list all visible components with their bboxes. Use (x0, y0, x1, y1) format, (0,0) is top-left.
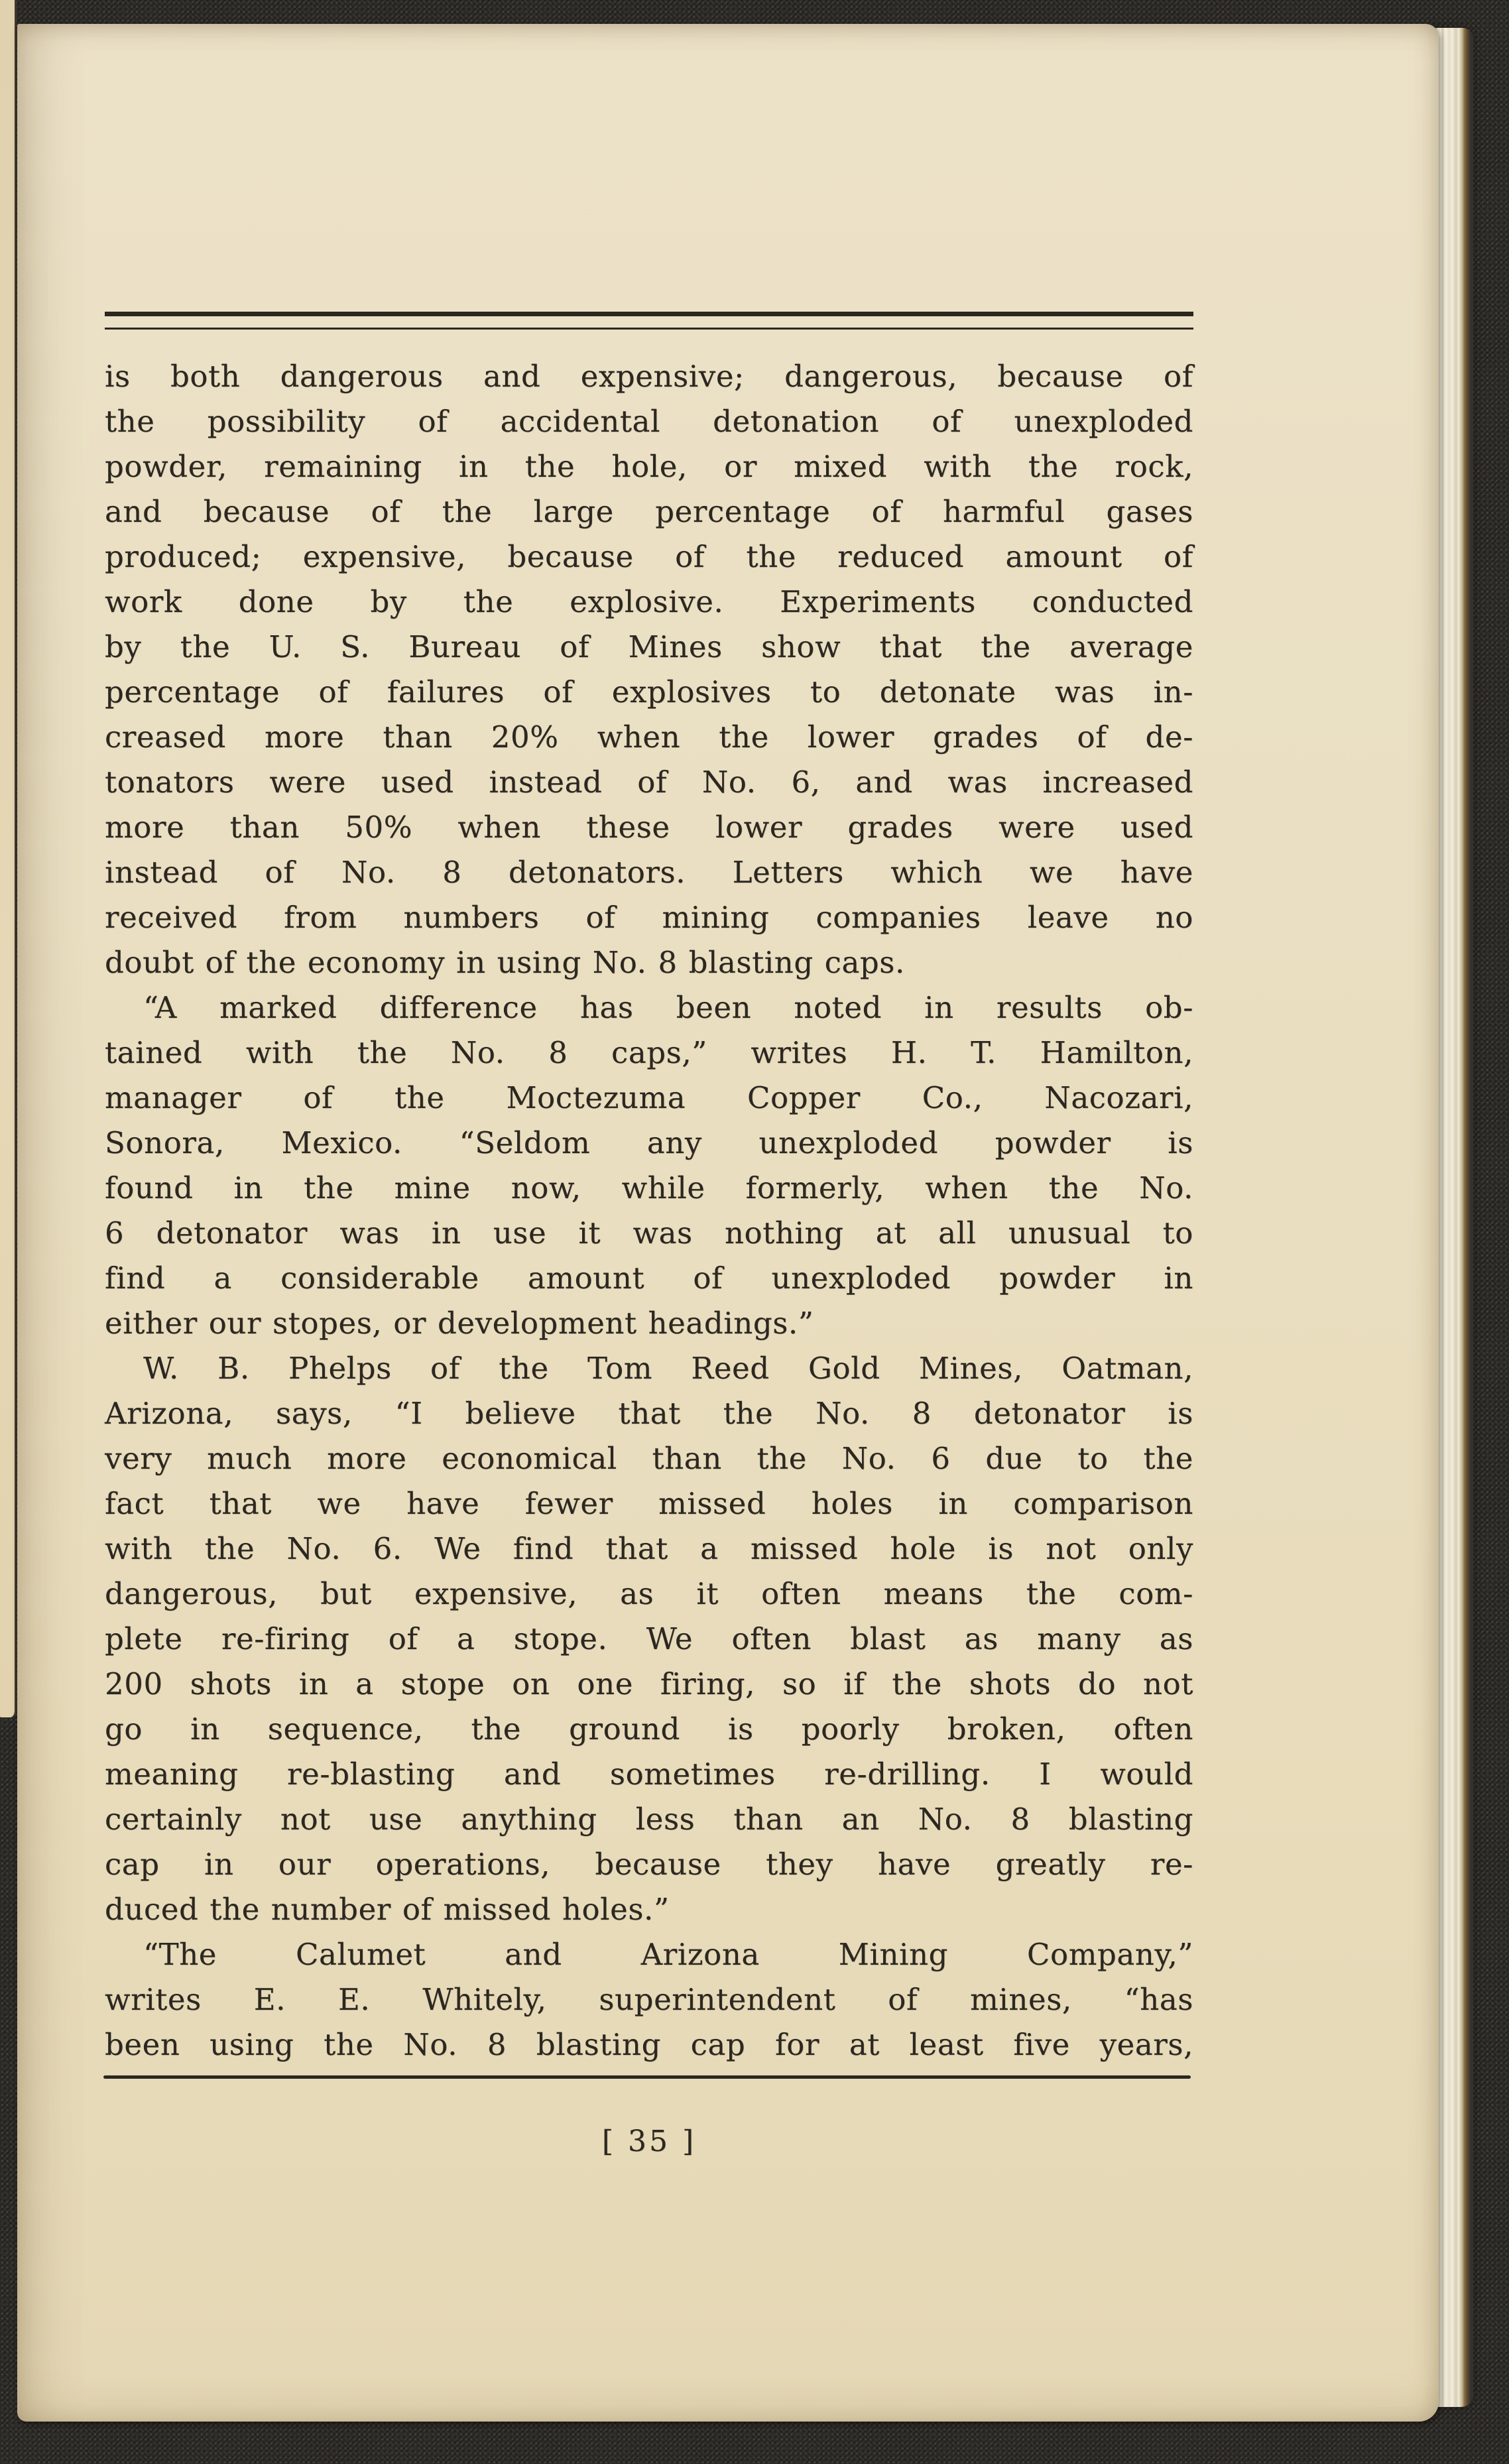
text-line: very much more economical than the No. 6… (105, 1436, 1193, 1481)
book-page: is both dangerous and expensive; dangero… (17, 24, 1439, 2422)
text-line: by the U. S. Bureau of Mines show that t… (105, 625, 1193, 670)
text-line: instead of No. 8 detonators. Letters whi… (105, 850, 1193, 895)
page-number: [ 35 ] (105, 2125, 1193, 2158)
text-line: writes E. E. Whitely, superintendent of … (105, 1977, 1193, 2022)
text-line: “A marked difference has been noted in r… (105, 985, 1193, 1030)
text-line: meaning re-blasting and sometimes re-dri… (105, 1752, 1193, 1797)
text-line: tonators were used instead of No. 6, and… (105, 760, 1193, 805)
text-line: percentage of failures of explosives to … (105, 670, 1193, 715)
text-line: is both dangerous and expensive; dangero… (105, 354, 1193, 399)
text-line: 6 detonator was in use it was nothing at… (105, 1211, 1193, 1256)
text-line: creased more than 20% when the lower gra… (105, 715, 1193, 760)
text-line: work done by the explosive. Experiments … (105, 580, 1193, 625)
text-line: fact that we have fewer missed holes in … (105, 1481, 1193, 1526)
text-line: go in sequence, the ground is poorly bro… (105, 1707, 1193, 1752)
text-line: certainly not use anything less than an … (105, 1797, 1193, 1842)
text-line: plete re-firing of a stope. We often bla… (105, 1617, 1193, 1662)
text-line: with the No. 6. We find that a missed ho… (105, 1526, 1193, 1571)
text-line: either our stopes, or development headin… (105, 1301, 1193, 1346)
text-line: “The Calumet and Arizona Mining Company,… (105, 1932, 1193, 1977)
text-line: Sonora, Mexico. “Seldom any unexploded p… (105, 1121, 1193, 1166)
top-double-rule (105, 312, 1193, 330)
text-line: duced the number of missed holes.” (105, 1887, 1193, 1932)
text-line: W. B. Phelps of the Tom Reed Gold Mines,… (105, 1346, 1193, 1391)
text-line: been using the No. 8 blasting cap for at… (105, 2022, 1193, 2067)
text-line: found in the mine now, while formerly, w… (105, 1166, 1193, 1211)
bottom-rule (103, 2075, 1191, 2079)
text-line: 200 shots in a stope on one firing, so i… (105, 1662, 1193, 1707)
text-line: powder, remaining in the hole, or mixed … (105, 444, 1193, 489)
text-line: find a considerable amount of unexploded… (105, 1256, 1193, 1301)
text-line: dangerous, but expensive, as it often me… (105, 1571, 1193, 1617)
text-line: the possibility of accidental detonation… (105, 399, 1193, 444)
text-line: and because of the large percentage of h… (105, 489, 1193, 534)
text-line: doubt of the economy in using No. 8 blas… (105, 940, 1193, 985)
text-line: cap in our operations, because they have… (105, 1842, 1193, 1887)
text-line: received from numbers of mining companie… (105, 895, 1193, 940)
book-cover-cloth: is both dangerous and expensive; dangero… (0, 0, 1509, 2464)
text-line: Arizona, says, “I believe that the No. 8… (105, 1391, 1193, 1436)
text-line: produced; expensive, because of the redu… (105, 534, 1193, 580)
text-line: more than 50% when these lower grades we… (105, 805, 1193, 850)
text-line: manager of the Moctezuma Copper Co., Nac… (105, 1076, 1193, 1121)
text-line: tained with the No. 8 caps,” writes H. T… (105, 1030, 1193, 1076)
under-page-edge (0, 0, 17, 1717)
body-text: is both dangerous and expensive; dangero… (105, 354, 1193, 2067)
